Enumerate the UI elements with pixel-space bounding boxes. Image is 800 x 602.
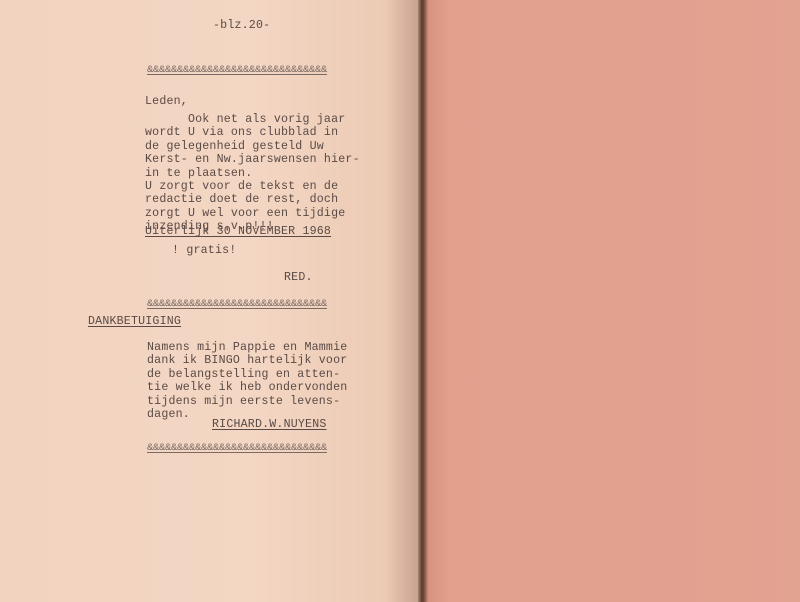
free-note: ! gratis! bbox=[172, 244, 236, 257]
thanks-line: de belangstelling en atten- bbox=[147, 368, 340, 381]
notice-line: in te plaatsen. bbox=[145, 167, 252, 180]
thanks-line: tijdens mijn eerste levens- bbox=[147, 395, 340, 408]
notice-line: redactie doet de rest, doch bbox=[145, 193, 338, 206]
right-page-blank bbox=[428, 0, 800, 602]
thanks-line: Namens mijn Pappie en Mammie bbox=[147, 341, 347, 354]
thanks-line: dank ik BINGO hartelijk voor bbox=[147, 354, 347, 367]
page-number: -blz.20- bbox=[213, 19, 270, 32]
separator-line: &&&&&&&&&&&&&&&&&&&&&&&&&&&&&& bbox=[147, 442, 327, 455]
thanks-line: dagen. bbox=[147, 408, 190, 421]
separator-line: &&&&&&&&&&&&&&&&&&&&&&&&&&&&&& bbox=[147, 64, 327, 77]
notice-line: wordt U via ons clubblad in bbox=[145, 126, 338, 139]
notice-line: Kerst- en Nw.jaarswensen hier- bbox=[145, 153, 360, 166]
thanks-line: tie welke ik heb ondervonden bbox=[147, 381, 347, 394]
signoff: RED. bbox=[284, 271, 313, 284]
notice-line: Ook net als vorig jaar bbox=[145, 113, 345, 126]
notice-line: de gelegenheid gesteld Uw bbox=[145, 140, 324, 153]
separator-line: &&&&&&&&&&&&&&&&&&&&&&&&&&&&&& bbox=[147, 298, 327, 311]
signature: RICHARD.W.NUYENS bbox=[212, 418, 327, 431]
notice-line: zorgt U wel voor een tijdige bbox=[145, 207, 345, 220]
greeting: Leden, bbox=[145, 95, 188, 108]
book-gutter bbox=[418, 0, 428, 602]
notice-line: U zorgt voor de tekst en de bbox=[145, 180, 338, 193]
deadline: Uiterlijk 30 NOVEMBER 1968 bbox=[145, 225, 331, 238]
section-title: DANKBETUIGING bbox=[88, 315, 181, 328]
